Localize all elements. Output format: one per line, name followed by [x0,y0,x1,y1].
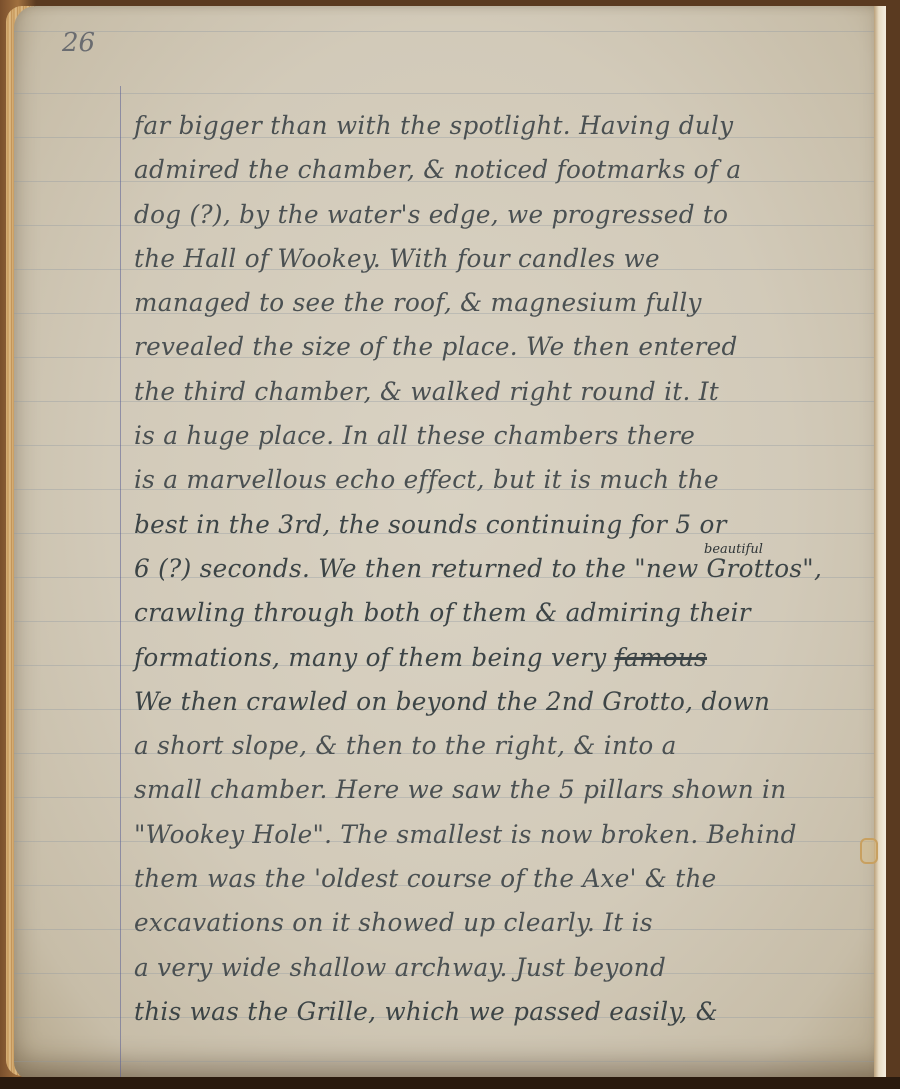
text-line: best in the 3rd, the sounds continuing f… [134,503,884,547]
text-line: far bigger than with the spotlight. Havi… [134,104,884,148]
text-line: the Hall of Wookey. With four candles we [134,237,884,281]
text-line: revealed the size of the place. We then … [134,325,884,369]
text-line-start: formations, many of them being very [134,643,606,672]
struck-word: famous [615,643,707,672]
notebook-page: 26 far bigger than with the spotlight. H… [14,6,886,1080]
text-line: a very wide shallow archway. Just beyond [134,946,884,990]
text-line: We then crawled on beyond the 2nd Grotto… [134,680,884,724]
handwritten-text: far bigger than with the spotlight. Havi… [134,104,886,1034]
text-line: admired the chamber, & noticed footmarks… [134,148,884,192]
text-line: crawling through both of them & admiring… [134,591,884,635]
binding-clip [860,838,878,864]
text-line-with-correction: formations, many of them being very famo… [134,636,884,680]
page-number: 26 [62,28,95,58]
text-line: 6 (?) seconds. We then returned to the "… [134,547,884,591]
text-line: dog (?), by the water's edge, we progres… [134,193,884,237]
margin-line [120,86,121,1080]
text-line: small chamber. Here we saw the 5 pillars… [134,768,884,812]
text-line: a short slope, & then to the right, & in… [134,724,884,768]
text-line: managed to see the roof, & magnesium ful… [134,281,884,325]
text-line: "Wookey Hole". The smallest is now broke… [134,813,884,857]
text-line: them was the 'oldest course of the Axe' … [134,857,884,901]
page-right-edge [874,6,886,1080]
bottom-shadow [0,1077,900,1089]
text-line: this was the Grille, which we passed eas… [134,990,884,1034]
insertion-annotation: beautiful [704,542,763,557]
text-line: is a huge place. In all these chambers t… [134,414,884,458]
text-line: is a marvellous echo effect, but it is m… [134,458,884,502]
text-line: the third chamber, & walked right round … [134,370,884,414]
text-line: excavations on it showed up clearly. It … [134,901,884,945]
